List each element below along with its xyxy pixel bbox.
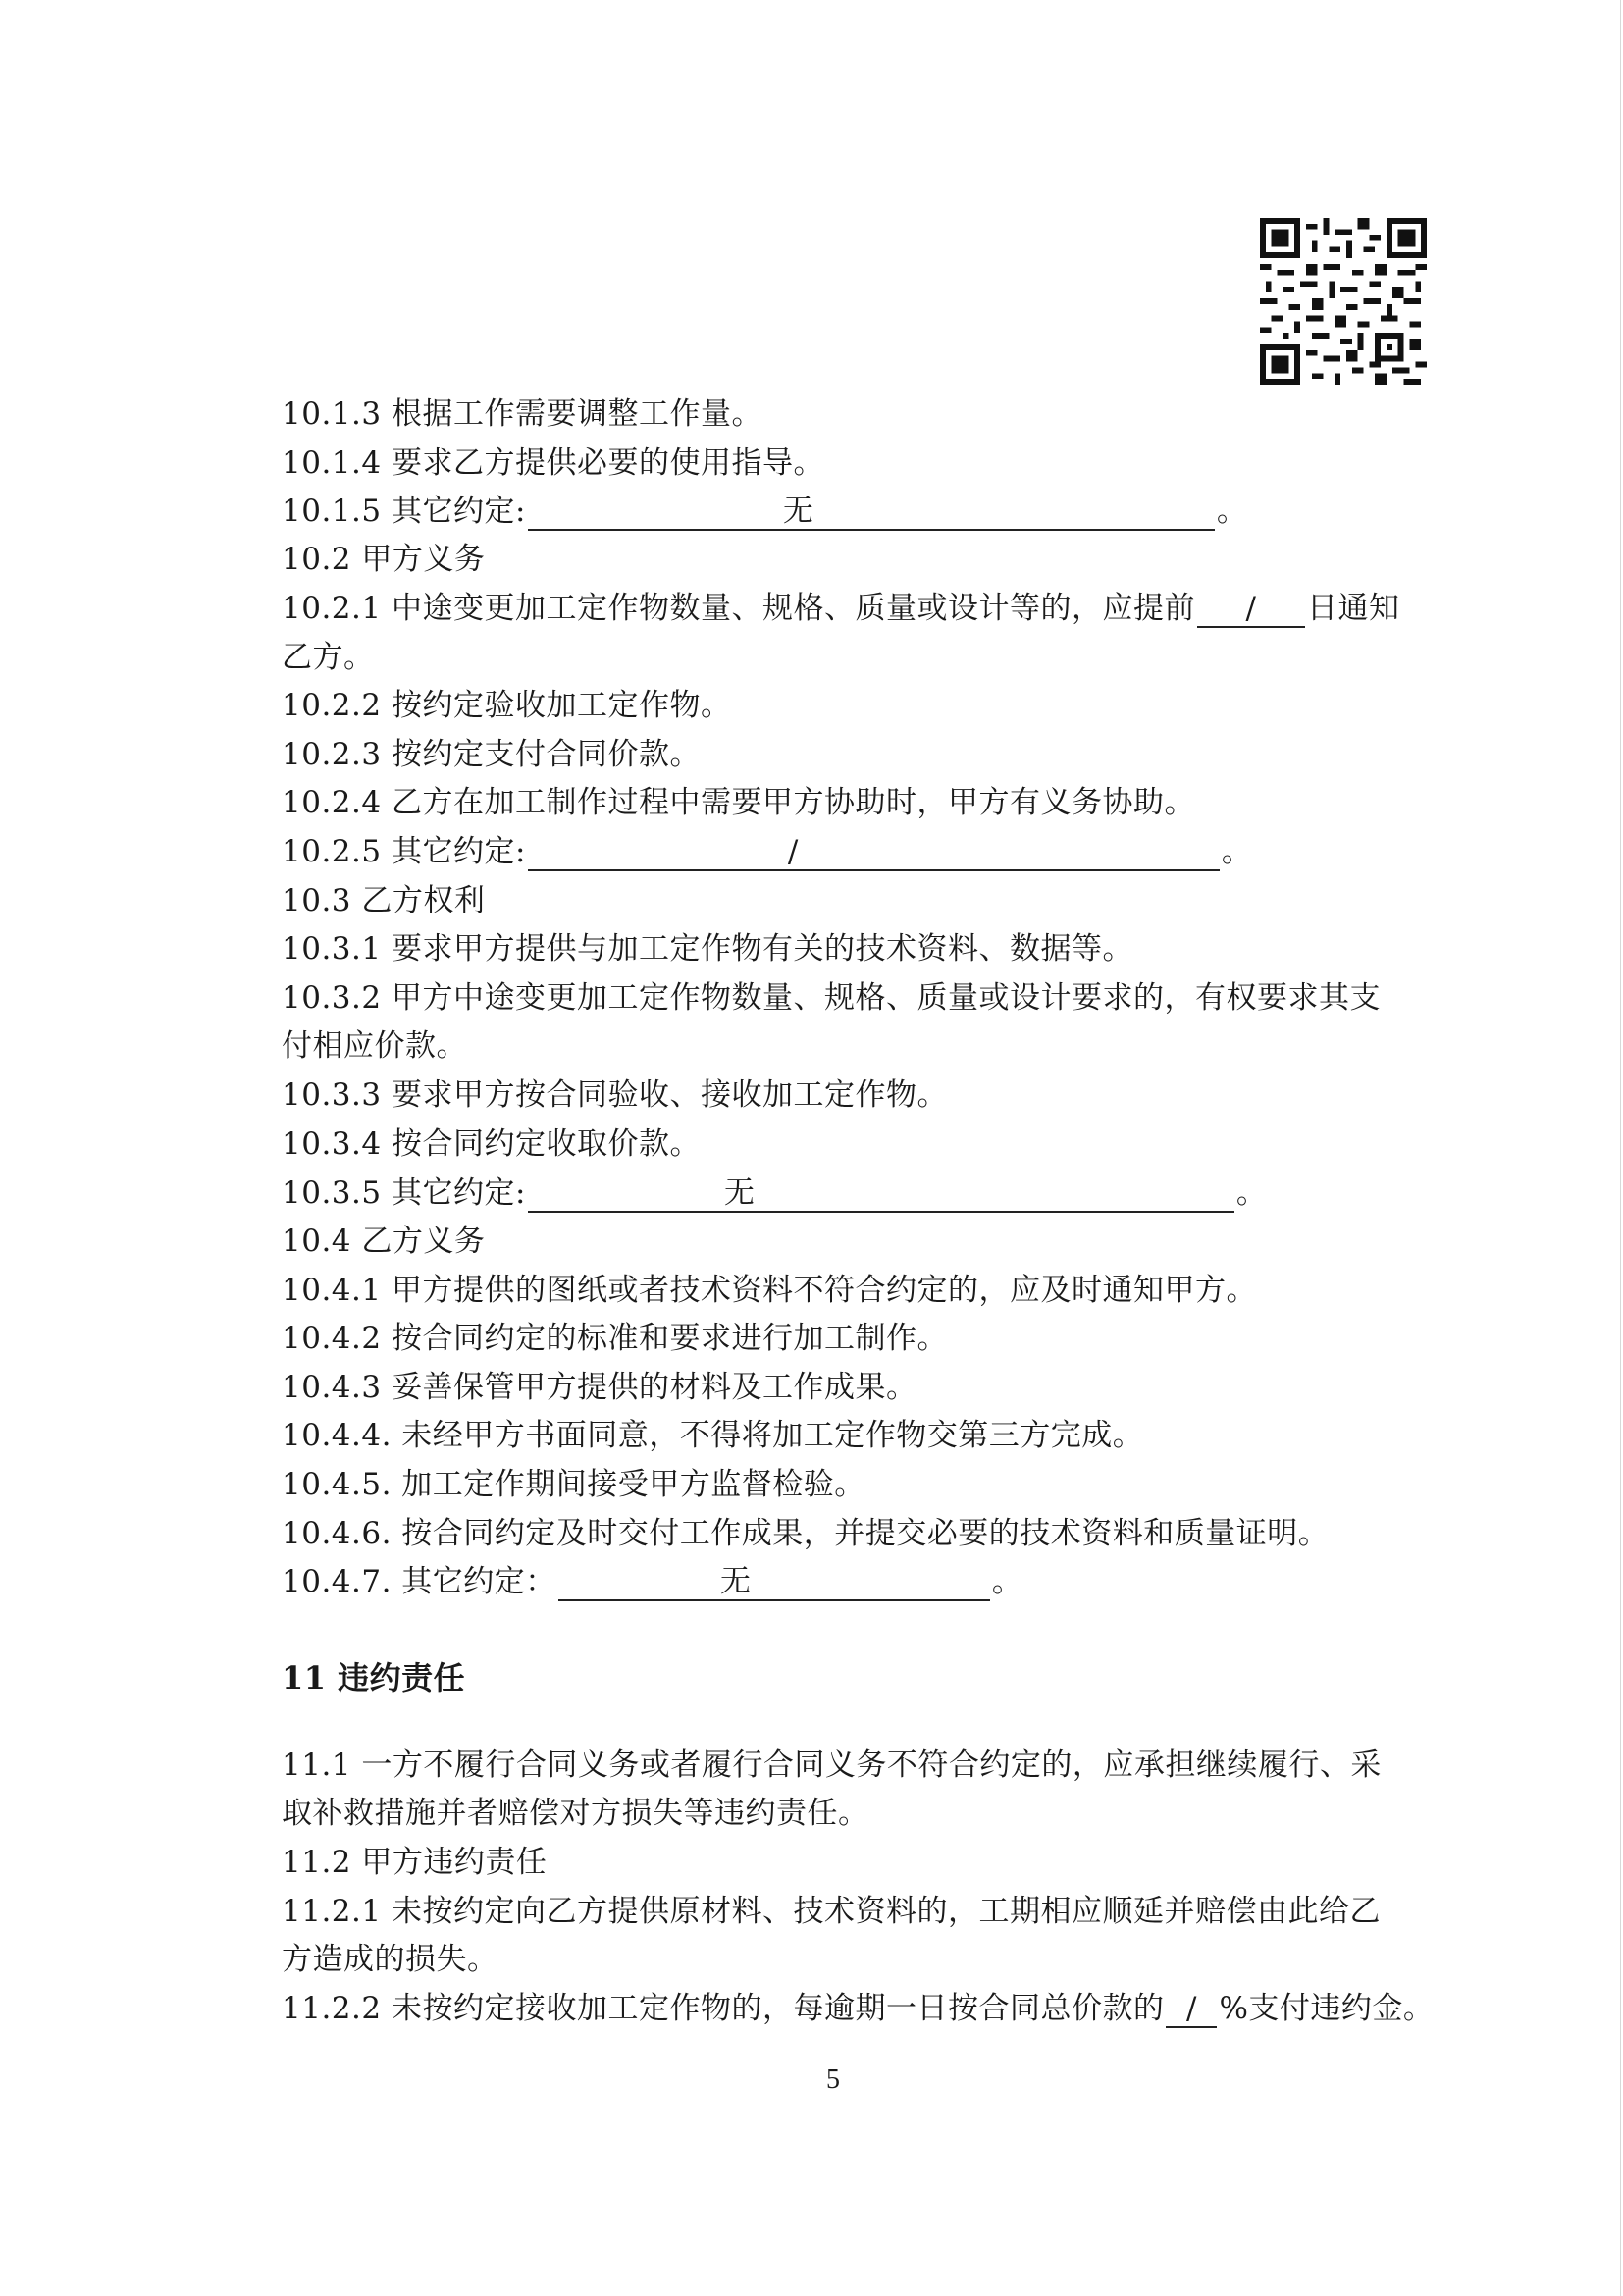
clause-suffix: 。 <box>1217 494 1248 529</box>
clause-10-3-2: 10.3.2 甲方中途变更加工定作物数量、规格、质量或设计要求的，有权要求其支 <box>282 978 1381 1018</box>
clause-10-3-5: 10.3.5 其它约定:无。 <box>282 1174 1267 1213</box>
clause-10-2-4: 10.2.4 乙方在加工制作过程中需要甲方协助时，甲方有义务协助。 <box>282 783 1195 822</box>
page-number: 5 <box>826 2064 840 2096</box>
clause-11-2-1: 11.2.1 未按约定向乙方提供原材料、技术资料的，工期相应顺延并赔偿由此给乙 <box>282 1892 1381 1931</box>
section-10-3-heading: 10.3 乙方权利 <box>282 881 485 920</box>
fill-blank: 无 <box>558 1564 990 1601</box>
section-11-2-heading: 11.2 甲方违约责任 <box>282 1843 547 1882</box>
clause-11-2-1-cont: 方造成的损失。 <box>282 1940 498 1979</box>
section-11-heading: 11 违约责任 <box>282 1658 465 1697</box>
clause-label: 10.2.1 中途变更加工定作物数量、规格、质量或设计等的，应提前 <box>282 591 1195 626</box>
clause-11-2-2: 11.2.2 未按约定接收加工定作物的，每逾期一日按合同总价款的/%支付违约金。 <box>282 1989 1434 2028</box>
clause-label: 10.1.5 其它约定: <box>282 494 526 529</box>
clause-label: 10.2.5 其它约定: <box>282 834 526 869</box>
qr-code-icon <box>1259 218 1428 385</box>
clause-10-1-5: 10.1.5 其它约定:无。 <box>282 492 1247 531</box>
clause-10-4-3: 10.4.3 妥善保管甲方提供的材料及工作成果。 <box>282 1368 916 1407</box>
clause-suffix: 日通知 <box>1307 591 1400 626</box>
clause-suffix: %支付违约金。 <box>1219 1991 1434 2026</box>
clause-10-2-5: 10.2.5 其它约定:/。 <box>282 832 1252 871</box>
clause-10-4-6: 10.4.6. 按合同约定及时交付工作成果，并提交必要的技术资料和质量证明。 <box>282 1514 1329 1553</box>
clause-11-1-cont: 取补救措施并者赔偿对方损失等违约责任。 <box>282 1794 869 1833</box>
clause-10-3-1: 10.3.1 要求甲方提供与加工定作物有关的技术资料、数据等。 <box>282 929 1133 968</box>
clause-suffix: 。 <box>1236 1175 1268 1211</box>
clause-10-1-3: 10.1.3 根据工作需要调整工作量。 <box>282 394 762 434</box>
clause-10-1-4: 10.1.4 要求乙方提供必要的使用指导。 <box>282 444 824 483</box>
clause-10-4-5: 10.4.5. 加工定作期间接受甲方监督检验。 <box>282 1465 865 1504</box>
clause-10-2-2: 10.2.2 按约定验收加工定作物。 <box>282 686 731 725</box>
clause-10-3-4: 10.3.4 按合同约定收取价款。 <box>282 1124 701 1164</box>
clause-suffix: 。 <box>992 1564 1023 1599</box>
clause-10-4-7: 10.4.7. 其它约定：无。 <box>282 1562 1022 1601</box>
clause-10-2-1-cont: 乙方。 <box>282 638 375 677</box>
clause-10-2-3: 10.2.3 按约定支付合同价款。 <box>282 735 701 774</box>
fill-blank: / <box>1197 591 1305 628</box>
clause-11-1: 11.1 一方不履行合同义务或者履行合同义务不符合约定的，应承担继续履行、采 <box>282 1746 1382 1785</box>
clause-10-3-3: 10.3.3 要求甲方按合同验收、接收加工定作物。 <box>282 1075 948 1115</box>
scan-edge-line <box>1620 0 1621 2296</box>
clause-suffix: 。 <box>1222 834 1253 869</box>
fill-blank: / <box>528 834 1220 871</box>
clause-label: 10.4.7. 其它约定： <box>282 1564 556 1599</box>
clause-label: 11.2.2 未按约定接收加工定作物的，每逾期一日按合同总价款的 <box>282 1991 1164 2026</box>
clause-10-4-2: 10.4.2 按合同约定的标准和要求进行加工制作。 <box>282 1319 948 1358</box>
clause-10-3-2-cont: 付相应价款。 <box>282 1026 467 1066</box>
fill-blank: / <box>1166 1991 1217 2028</box>
section-10-4-heading: 10.4 乙方义务 <box>282 1222 485 1261</box>
clause-10-4-1: 10.4.1 甲方提供的图纸或者技术资料不符合约定的，应及时通知甲方。 <box>282 1271 1257 1310</box>
clause-label: 10.3.5 其它约定: <box>282 1175 526 1211</box>
fill-blank: 无 <box>528 494 1215 531</box>
clause-10-2-1: 10.2.1 中途变更加工定作物数量、规格、质量或设计等的，应提前/日通知 <box>282 589 1399 628</box>
fill-blank: 无 <box>528 1175 1234 1213</box>
section-10-2-heading: 10.2 甲方义务 <box>282 540 485 579</box>
clause-10-4-4: 10.4.4. 未经甲方书面同意，不得将加工定作物交第三方完成。 <box>282 1416 1143 1455</box>
